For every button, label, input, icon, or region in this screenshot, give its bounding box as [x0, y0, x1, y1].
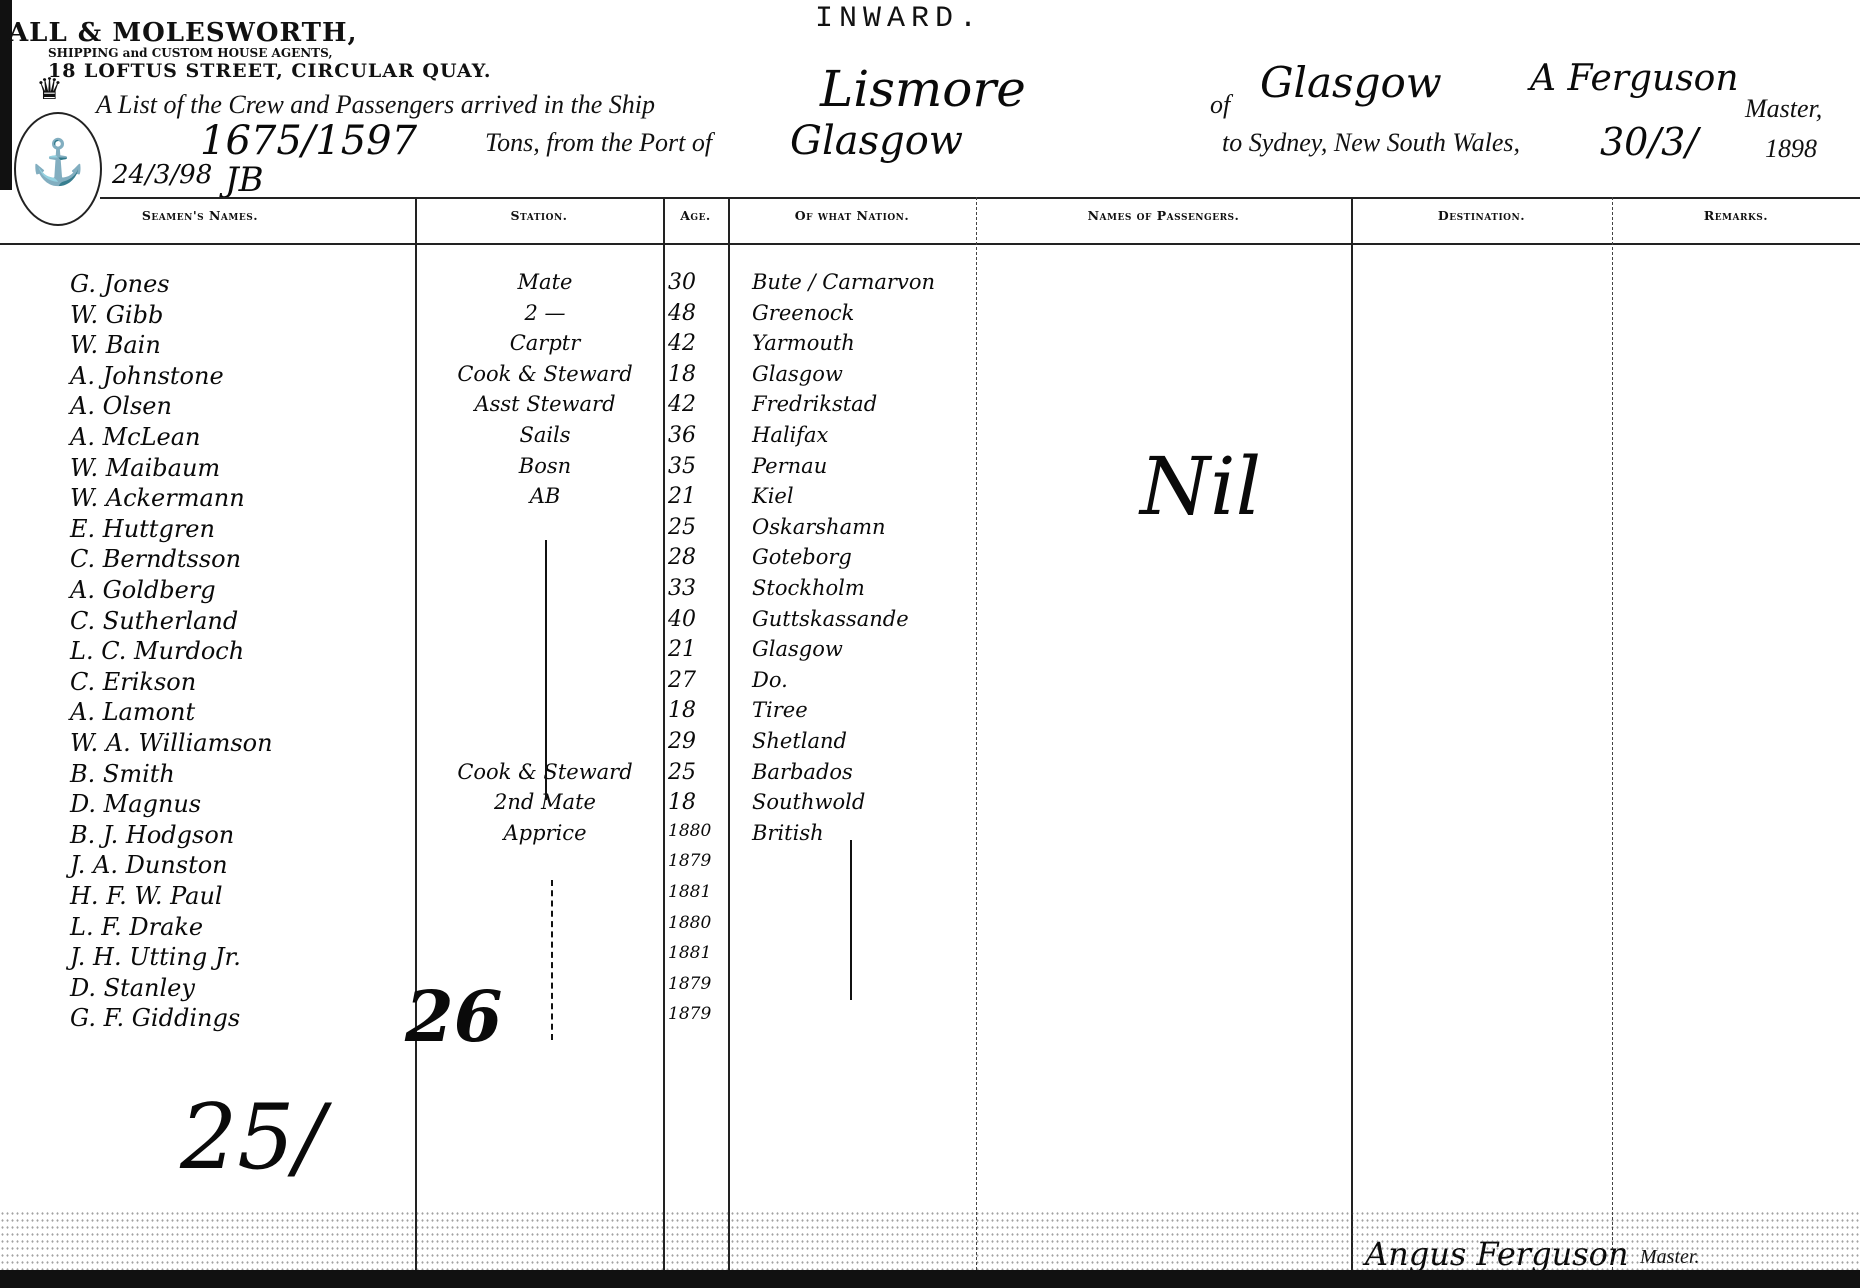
- ship-home-port: Glasgow: [1260, 58, 1442, 107]
- header-passenger-names: Names of Passengers.: [976, 208, 1351, 223]
- crew-nation: Southwold: [752, 790, 865, 814]
- crew-age: 1879: [668, 1004, 711, 1024]
- crew-age: 1881: [668, 882, 711, 902]
- crew-name: W. Bain: [70, 331, 161, 359]
- crew-nation: Bute / Carnarvon: [752, 270, 935, 294]
- table-header-rule: [0, 243, 1860, 245]
- crew-age: 18: [668, 790, 696, 815]
- crew-name: J. A. Dunston: [70, 851, 228, 879]
- crew-name: L. C. Murdoch: [70, 637, 244, 665]
- document-title: INWARD.: [815, 2, 983, 36]
- crew-age: 25: [668, 515, 696, 540]
- crew-name: L. F. Drake: [70, 913, 203, 941]
- crew-station: AB: [440, 484, 650, 508]
- crew-age: 35: [668, 454, 696, 479]
- crew-age: 29: [668, 729, 696, 754]
- crew-name: C. Erikson: [70, 668, 196, 696]
- pencil-mark-mid: 26: [405, 975, 502, 1058]
- col-divider-station: [415, 197, 417, 1270]
- crew-age: 48: [668, 301, 696, 326]
- crew-age: 1879: [668, 851, 711, 871]
- header-destination: Destination.: [1351, 208, 1612, 223]
- crew-station: Cook & Steward: [440, 362, 650, 386]
- destination-label: to Sydney, New South Wales,: [1222, 128, 1520, 158]
- list-description: A List of the Crew and Passengers arrive…: [96, 90, 655, 120]
- crew-nation: Glasgow: [752, 637, 843, 661]
- crew-age: 40: [668, 607, 696, 632]
- crew-name: W. Gibb: [70, 301, 163, 329]
- header-remarks: Remarks.: [1612, 208, 1860, 223]
- crew-name: A. Johnstone: [70, 362, 224, 390]
- crew-age: 28: [668, 545, 696, 570]
- crew-nation: Goteborg: [752, 545, 852, 569]
- crew-nation: Yarmouth: [752, 331, 855, 355]
- firm-subtitle: SHIPPING and CUSTOM HOUSE AGENTS,: [48, 46, 333, 60]
- header-age: Age.: [663, 208, 728, 223]
- crown-icon: ♛: [36, 72, 63, 107]
- crew-age: 27: [668, 668, 696, 693]
- crew-nation: Barbados: [752, 760, 853, 784]
- annotation-initials: JB: [225, 160, 264, 200]
- arrival-date: 30/3/: [1600, 120, 1698, 164]
- col-divider-destination: [1351, 197, 1353, 1270]
- crew-nation: Guttskassande: [752, 607, 909, 631]
- firm-name: ALL & MOLESWORTH,: [8, 18, 358, 48]
- crew-name: W. Maibaum: [70, 454, 220, 482]
- header-station: Station.: [415, 208, 663, 223]
- ship-name: Lismore: [820, 60, 1026, 118]
- annotation-date: 24/3/98: [112, 160, 212, 190]
- crew-age: 36: [668, 423, 696, 448]
- crew-name: A. Olsen: [70, 392, 172, 420]
- table-top-rule: [100, 197, 1860, 199]
- col-divider-remarks: [1612, 197, 1613, 1270]
- crew-station: Sails: [440, 423, 650, 447]
- col-divider-age: [663, 197, 665, 1270]
- crew-name: E. Huttgren: [70, 515, 215, 543]
- crew-age: 21: [668, 484, 696, 509]
- crew-age: 30: [668, 270, 696, 295]
- crew-age: 33: [668, 576, 696, 601]
- crew-name: B. Smith: [70, 760, 175, 788]
- crew-name: C. Berndtsson: [70, 545, 241, 573]
- crew-name: G. F. Giddings: [70, 1004, 240, 1032]
- col-divider-passengers: [976, 197, 977, 1270]
- anchor-icon: ⚓: [16, 136, 100, 188]
- crew-name: D. Magnus: [70, 790, 201, 818]
- port-from: Glasgow: [790, 118, 963, 164]
- passengers-nil: Nil: [1140, 440, 1261, 533]
- crew-age: 21: [668, 637, 696, 662]
- crew-nation: Tiree: [752, 698, 808, 722]
- col-divider-nation: [728, 197, 730, 1270]
- crew-nation: Pernau: [752, 454, 827, 478]
- crew-age: 18: [668, 698, 696, 723]
- crew-age: 1880: [668, 821, 711, 841]
- crew-station: 2 —: [440, 301, 650, 325]
- crew-name: A. Lamont: [70, 698, 195, 726]
- crew-name: W. A. Williamson: [70, 729, 273, 757]
- page-bottom-edge: [0, 1270, 1860, 1288]
- crew-name: W. Ackermann: [70, 484, 245, 512]
- crew-age: 42: [668, 392, 696, 417]
- header-seamens-names: Seamen's Names.: [100, 208, 300, 223]
- crew-age: 25: [668, 760, 696, 785]
- crew-name: B. J. Hodgson: [70, 821, 234, 849]
- ditto-brace-station: [545, 540, 547, 800]
- crew-name: G. Jones: [70, 270, 170, 298]
- of-label: of: [1210, 90, 1230, 120]
- crew-station: Mate: [440, 270, 650, 294]
- crew-station: Bosn: [440, 454, 650, 478]
- firm-address: 18 LOFTUS STREET, CIRCULAR QUAY.: [48, 60, 491, 82]
- master-label: Master,: [1745, 94, 1822, 124]
- crew-nation: Oskarshamn: [752, 515, 886, 539]
- shipping-masters-seal: ⚓: [14, 112, 102, 226]
- crew-nation: Glasgow: [752, 362, 843, 386]
- scan-noise: [0, 1210, 1860, 1270]
- crew-nation: Fredrikstad: [752, 392, 877, 416]
- crew-name: A. McLean: [70, 423, 201, 451]
- crew-nation: British: [752, 821, 824, 845]
- crew-nation: Do.: [752, 668, 788, 692]
- crew-age: 1879: [668, 974, 711, 994]
- crew-age: 1880: [668, 913, 711, 933]
- ditto-brace-nation: [850, 840, 852, 1000]
- crew-nation: Stockholm: [752, 576, 865, 600]
- crew-age: 1881: [668, 943, 711, 963]
- crew-name: H. F. W. Paul: [70, 882, 223, 910]
- crew-name: C. Sutherland: [70, 607, 238, 635]
- crew-name: J. H. Utting Jr.: [70, 943, 241, 971]
- crew-age: 18: [668, 362, 696, 387]
- crew-name: A. Goldberg: [70, 576, 216, 604]
- tons-label: Tons, from the Port of: [485, 128, 712, 158]
- tonnage: 1675/1597: [200, 118, 417, 164]
- crew-station: Carptr: [440, 331, 650, 355]
- crew-station: Asst Steward: [440, 392, 650, 416]
- crew-nation: Greenock: [752, 301, 854, 325]
- crew-age: 42: [668, 331, 696, 356]
- master-name: A Ferguson: [1530, 58, 1739, 99]
- pencil-mark-low: 25/: [180, 1085, 325, 1190]
- crew-station: Apprice: [440, 821, 650, 845]
- crew-nation: Shetland: [752, 729, 847, 753]
- crew-nation: Kiel: [752, 484, 794, 508]
- header-nation: Of what Nation.: [728, 208, 976, 223]
- crew-name: D. Stanley: [70, 974, 195, 1002]
- ditto-brace-station-apprentice: [551, 880, 553, 1040]
- arrival-year: 1898: [1765, 134, 1817, 164]
- crew-nation: Halifax: [752, 423, 828, 447]
